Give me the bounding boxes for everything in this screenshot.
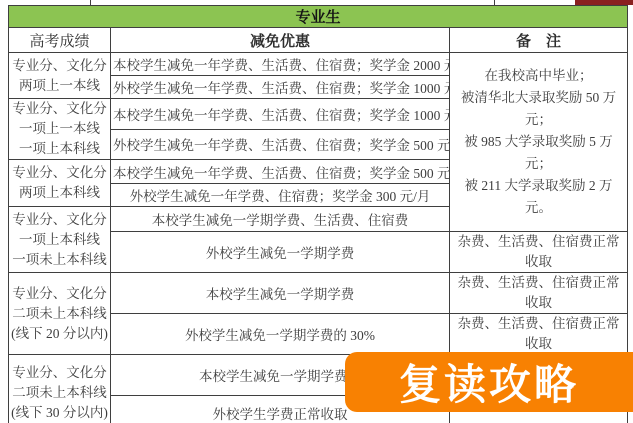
- score-line: 一项上本科线: [11, 230, 108, 250]
- remark-line: 被 211 大学录取奖励 2 万元。: [452, 175, 625, 219]
- table-title: 专业生: [9, 6, 628, 28]
- score-line: 专业分、文化分: [11, 99, 108, 119]
- fudu-strategy-banner: 复读攻略: [345, 352, 633, 412]
- remark-cell: 杂费、生活费、住宿费正常收取: [450, 314, 628, 355]
- benefit-cell: 外校学生减免一年学费、生活费、住宿费；奖学金 500 元/月: [111, 129, 450, 160]
- score-line: 一项上一本线: [11, 119, 108, 139]
- score-line: 专业分、文化分: [11, 210, 108, 230]
- score-line: 二项未上本科线: [11, 304, 108, 324]
- score-line: (线下 20 分以内): [11, 324, 108, 344]
- score-line: 二项未上本科线: [11, 383, 108, 403]
- score-line: 专业分、文化分: [11, 284, 108, 304]
- score-line: (线下 30 分以内): [11, 403, 108, 423]
- score-line: 两项上一本线: [11, 76, 108, 96]
- score-line: 一项未上本科线: [11, 250, 108, 270]
- benefit-cell: 本校学生减免一学期学费: [111, 273, 450, 314]
- page: 专业生 高考成绩 减免优惠 备 注 专业分、文化分 两项上一本线 本校学生减免一…: [0, 0, 633, 423]
- benefit-cell: 本校学生减免一年学费、生活费、住宿费；奖学金 1000 元/月: [111, 99, 450, 130]
- benefit-cell: 外校学生减免一学期学费的 30%: [111, 314, 450, 355]
- remark-cell: 杂费、生活费、住宿费正常收取: [450, 232, 628, 273]
- benefit-cell: 本校学生减免一年学费、生活费、住宿费；奖学金 500 元/月: [111, 160, 450, 184]
- remark-scholarship-cell: 在我校高中毕业； 被清华北大录取奖励 50 万元； 被 985 大学录取奖励 5…: [450, 53, 628, 232]
- col-header-remark: 备 注: [450, 28, 628, 53]
- score-cell-group3: 专业分、文化分 两项上本科线: [9, 160, 111, 207]
- remark-line: 被清华北大录取奖励 50 万元；: [452, 87, 625, 131]
- score-line: 两项上本科线: [11, 183, 108, 203]
- benefit-cell: 外校学生减免一年学费、住宿费；奖学金 300 元/月: [111, 184, 450, 207]
- score-cell-group1: 专业分、文化分 两项上一本线: [9, 53, 111, 99]
- score-line: 专业分、文化分: [11, 56, 108, 76]
- score-cell-group2: 专业分、文化分 一项上一本线 一项上本科线: [9, 99, 111, 160]
- benefit-cell: 外校学生减免一学期学费: [111, 232, 450, 273]
- remark-line: 被 985 大学录取奖励 5 万元；: [452, 131, 625, 175]
- col-header-gaokao-score: 高考成绩: [9, 28, 111, 53]
- score-cell-group6: 专业分、文化分 二项未上本科线 (线下 30 分以内): [9, 355, 111, 423]
- col-header-benefit: 减免优惠: [111, 28, 450, 53]
- remark-line: 在我校高中毕业；: [452, 65, 625, 87]
- remark-cell: 杂费、生活费、住宿费正常收取: [450, 273, 628, 314]
- score-cell-group5: 专业分、文化分 二项未上本科线 (线下 20 分以内): [9, 273, 111, 355]
- score-line: 专业分、文化分: [11, 363, 108, 383]
- score-line: 一项上本科线: [11, 139, 108, 159]
- benefit-cell: 本校学生减免一年学费、生活费、住宿费；奖学金 2000 元/月: [111, 53, 450, 76]
- score-cell-group4: 专业分、文化分 一项上本科线 一项未上本科线: [9, 207, 111, 273]
- benefit-cell: 本校学生减免一学期学费、生活费、住宿费: [111, 207, 450, 232]
- score-line: 专业分、文化分: [11, 163, 108, 183]
- benefit-cell: 外校学生减免一年学费、生活费、住宿费；奖学金 1000 元/月: [111, 76, 450, 99]
